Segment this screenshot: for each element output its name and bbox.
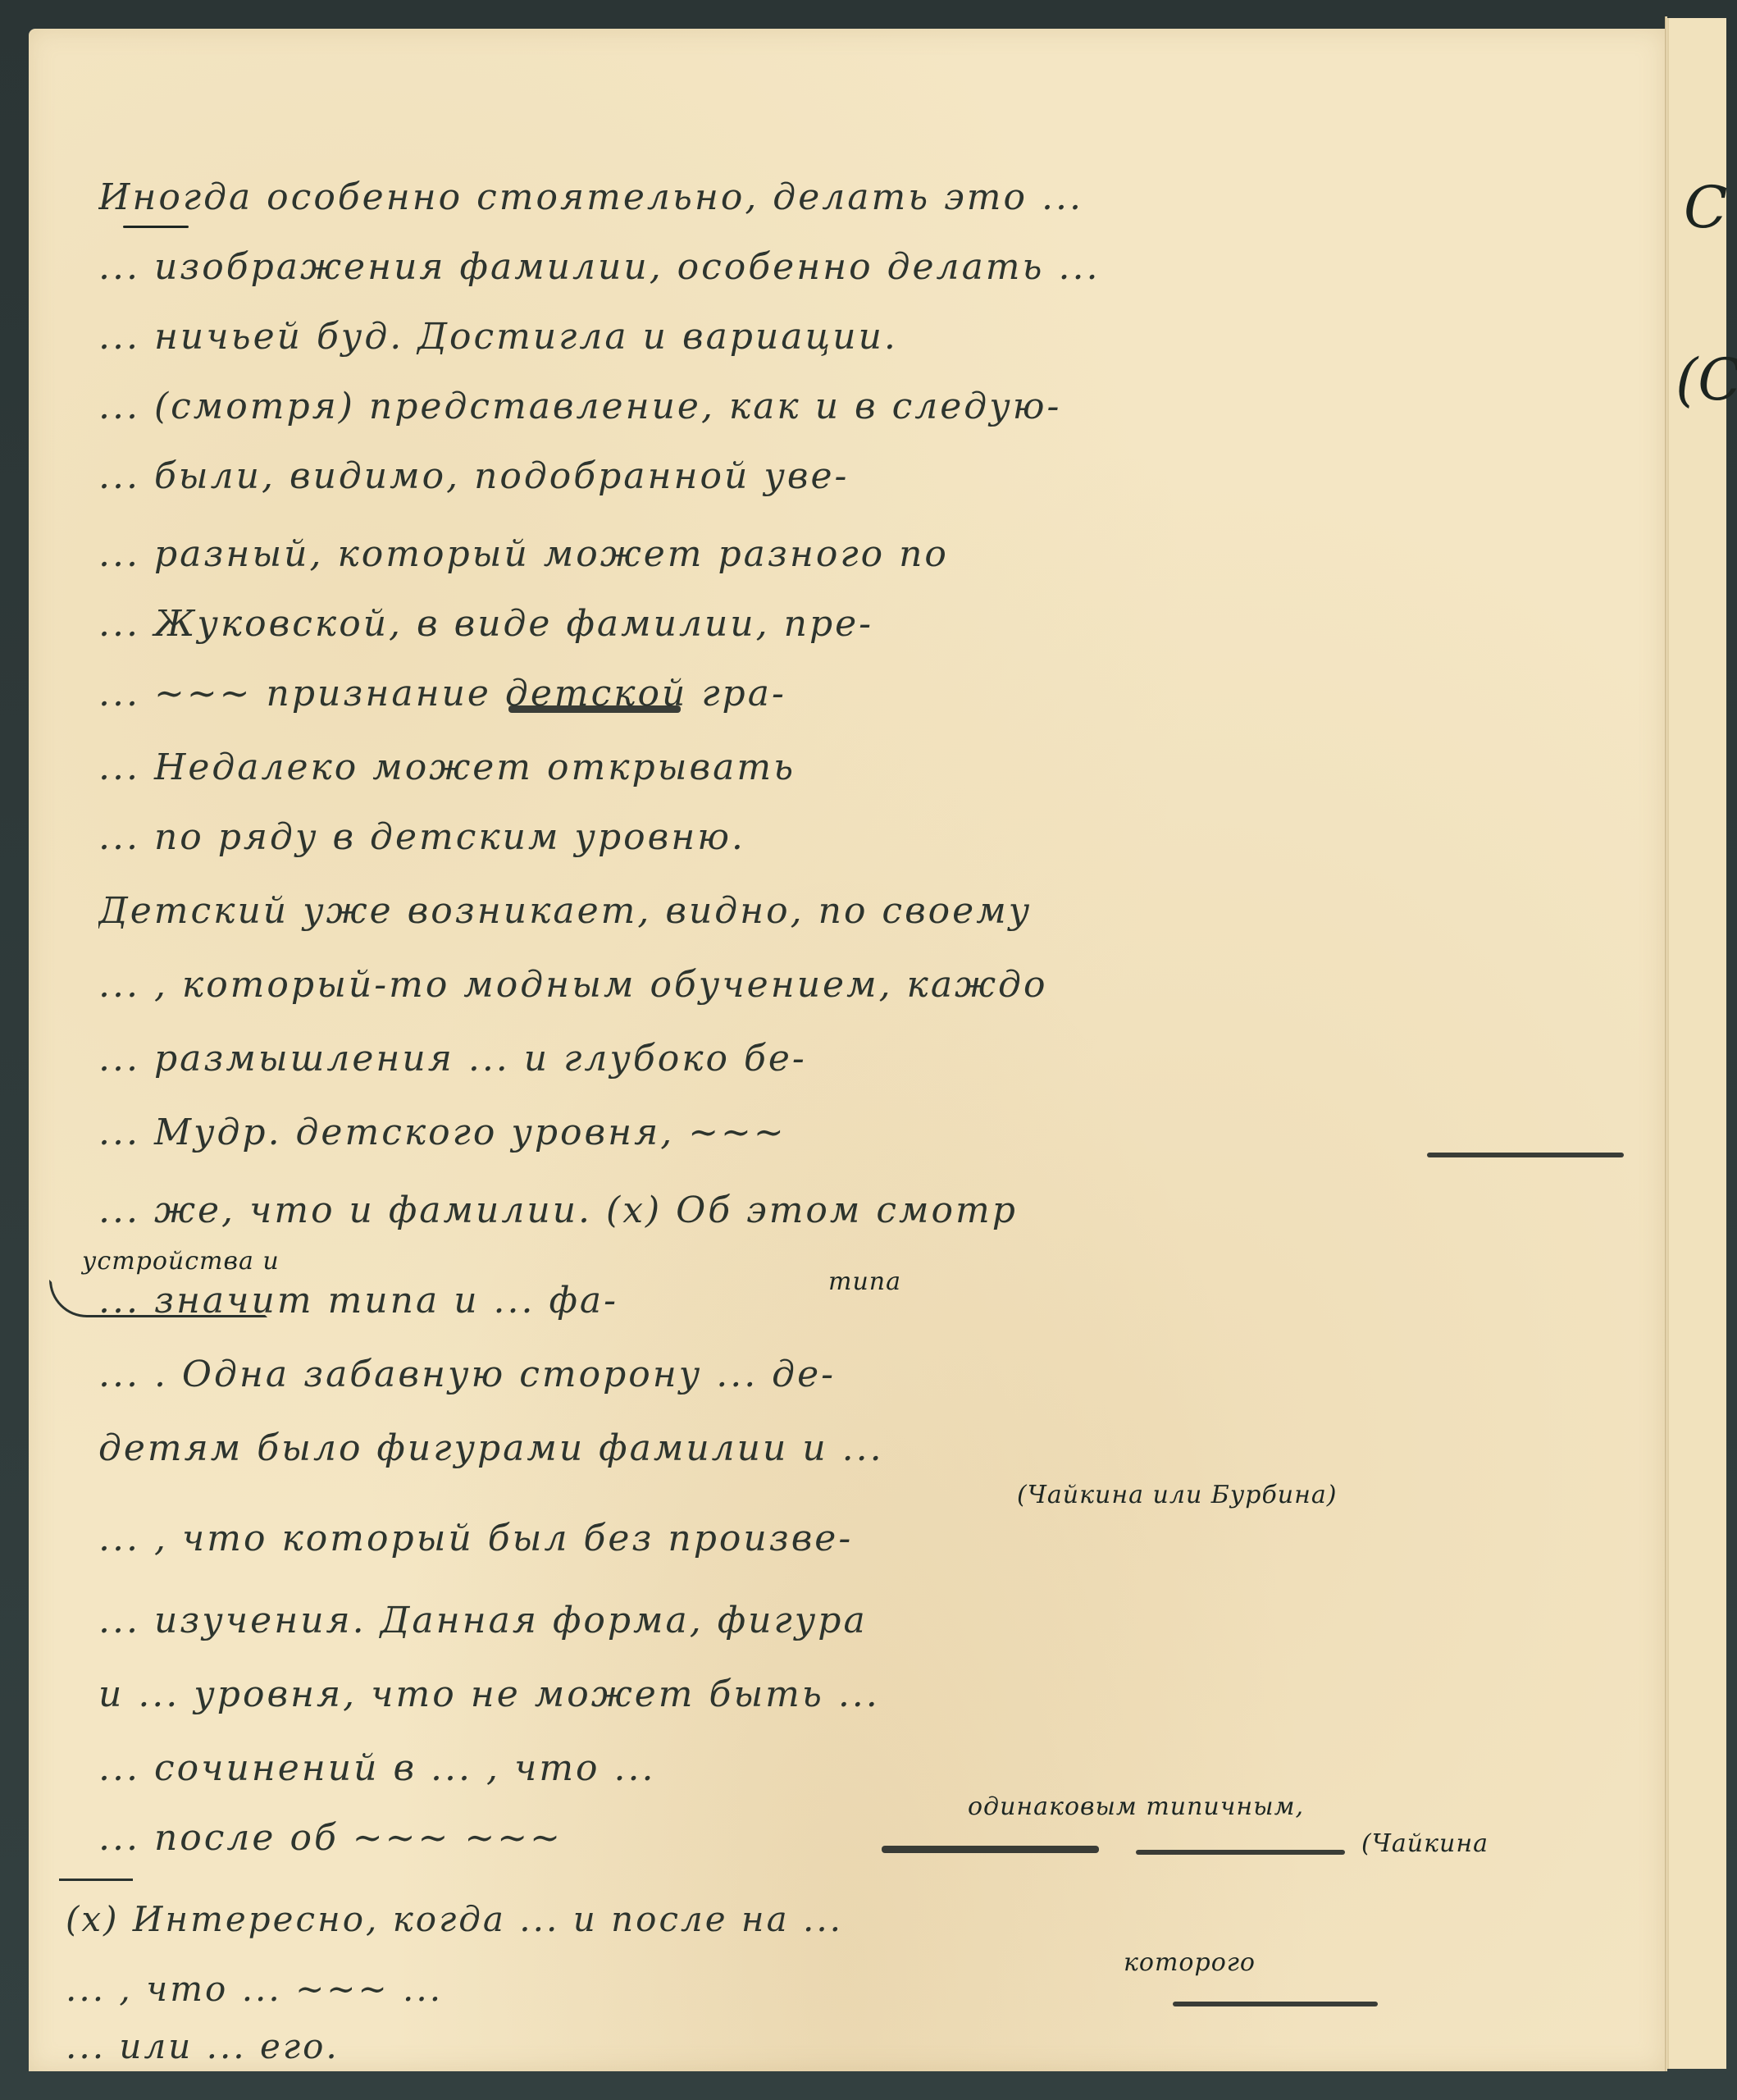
- manuscript-line: ... Жуковской, в виде фамилии, пре-: [98, 603, 1648, 645]
- manuscript-line: ... ~~~ признание детской гра-: [98, 673, 1648, 714]
- manuscript-line: ... . Одна забавную сторону ... де-: [98, 1354, 1648, 1395]
- manuscript-line: ... Недалеко может открывать: [98, 746, 1648, 788]
- manuscript-line: ... , который-то модным обучением, каждо: [98, 964, 1648, 1006]
- manuscript-line: ... разный, который может разного по: [98, 533, 1648, 575]
- strikethrough: [1136, 1850, 1345, 1855]
- manuscript-line: ... были, видимо, подобранной уве-: [98, 455, 1648, 497]
- manuscript-line: ... по ряду в детским уровню.: [98, 816, 1648, 858]
- manuscript-line: и ... уровня, что не может быть ...: [98, 1673, 1648, 1715]
- strikethrough: [1173, 2002, 1378, 2006]
- adjacent-page-fragment: С: [1684, 174, 1728, 241]
- interlinear-insertion: (Чайкина: [1361, 1829, 1489, 1858]
- strikethrough: [882, 1846, 1099, 1853]
- footnote-line: ... , что ... ~~~ ...: [66, 1969, 1616, 2009]
- manuscript-line: ... изучения. Данная форма, фигура: [98, 1600, 1648, 1641]
- adjacent-page-fragment: (С: [1675, 346, 1737, 413]
- manuscript-line: ... сочинений в ... , что ...: [98, 1747, 1648, 1789]
- interlinear-insertion: устройства и: [82, 1247, 280, 1276]
- adjacent-page-edge: С (С: [1667, 18, 1726, 2069]
- interlinear-insertion: (Чайкина или Бурбина): [1017, 1481, 1337, 1509]
- manuscript-line: ... ничьей буд. Достигла и вариации.: [98, 316, 1648, 358]
- manuscript-line: ... значит типа и ... фа-: [98, 1280, 1648, 1322]
- strikethrough: [508, 705, 681, 713]
- manuscript-line: ... размышления ... и глубоко бе-: [98, 1038, 1648, 1080]
- manuscript-line: ... , что который был без произве-: [98, 1518, 1648, 1559]
- footnote-rule: [59, 1879, 133, 1881]
- underline-mark: [123, 226, 189, 228]
- manuscript-line: ... Мудр. детского уровня, ~~~: [98, 1112, 1648, 1153]
- manuscript-line: ... (смотря) представление, как и в след…: [98, 386, 1648, 427]
- manuscript-line: Детский уже возникает, видно, по своему: [98, 890, 1648, 932]
- manuscript-line: Иногда особенно стоятельно, делать это .…: [98, 176, 1648, 218]
- strikethrough: [1427, 1153, 1624, 1157]
- footnote-line: ... или ... его.: [66, 2026, 1616, 2066]
- footnote-line: (x) Интересно, когда ... и после на ...: [66, 1899, 1616, 1939]
- manuscript-line: детям было фигурами фамилии и ...: [98, 1427, 1648, 1469]
- manuscript-line: ... же, что и фамилии. (x) Об этом смотр: [98, 1189, 1648, 1231]
- manuscript-line: ... изображения фамилии, особенно делать…: [98, 246, 1648, 288]
